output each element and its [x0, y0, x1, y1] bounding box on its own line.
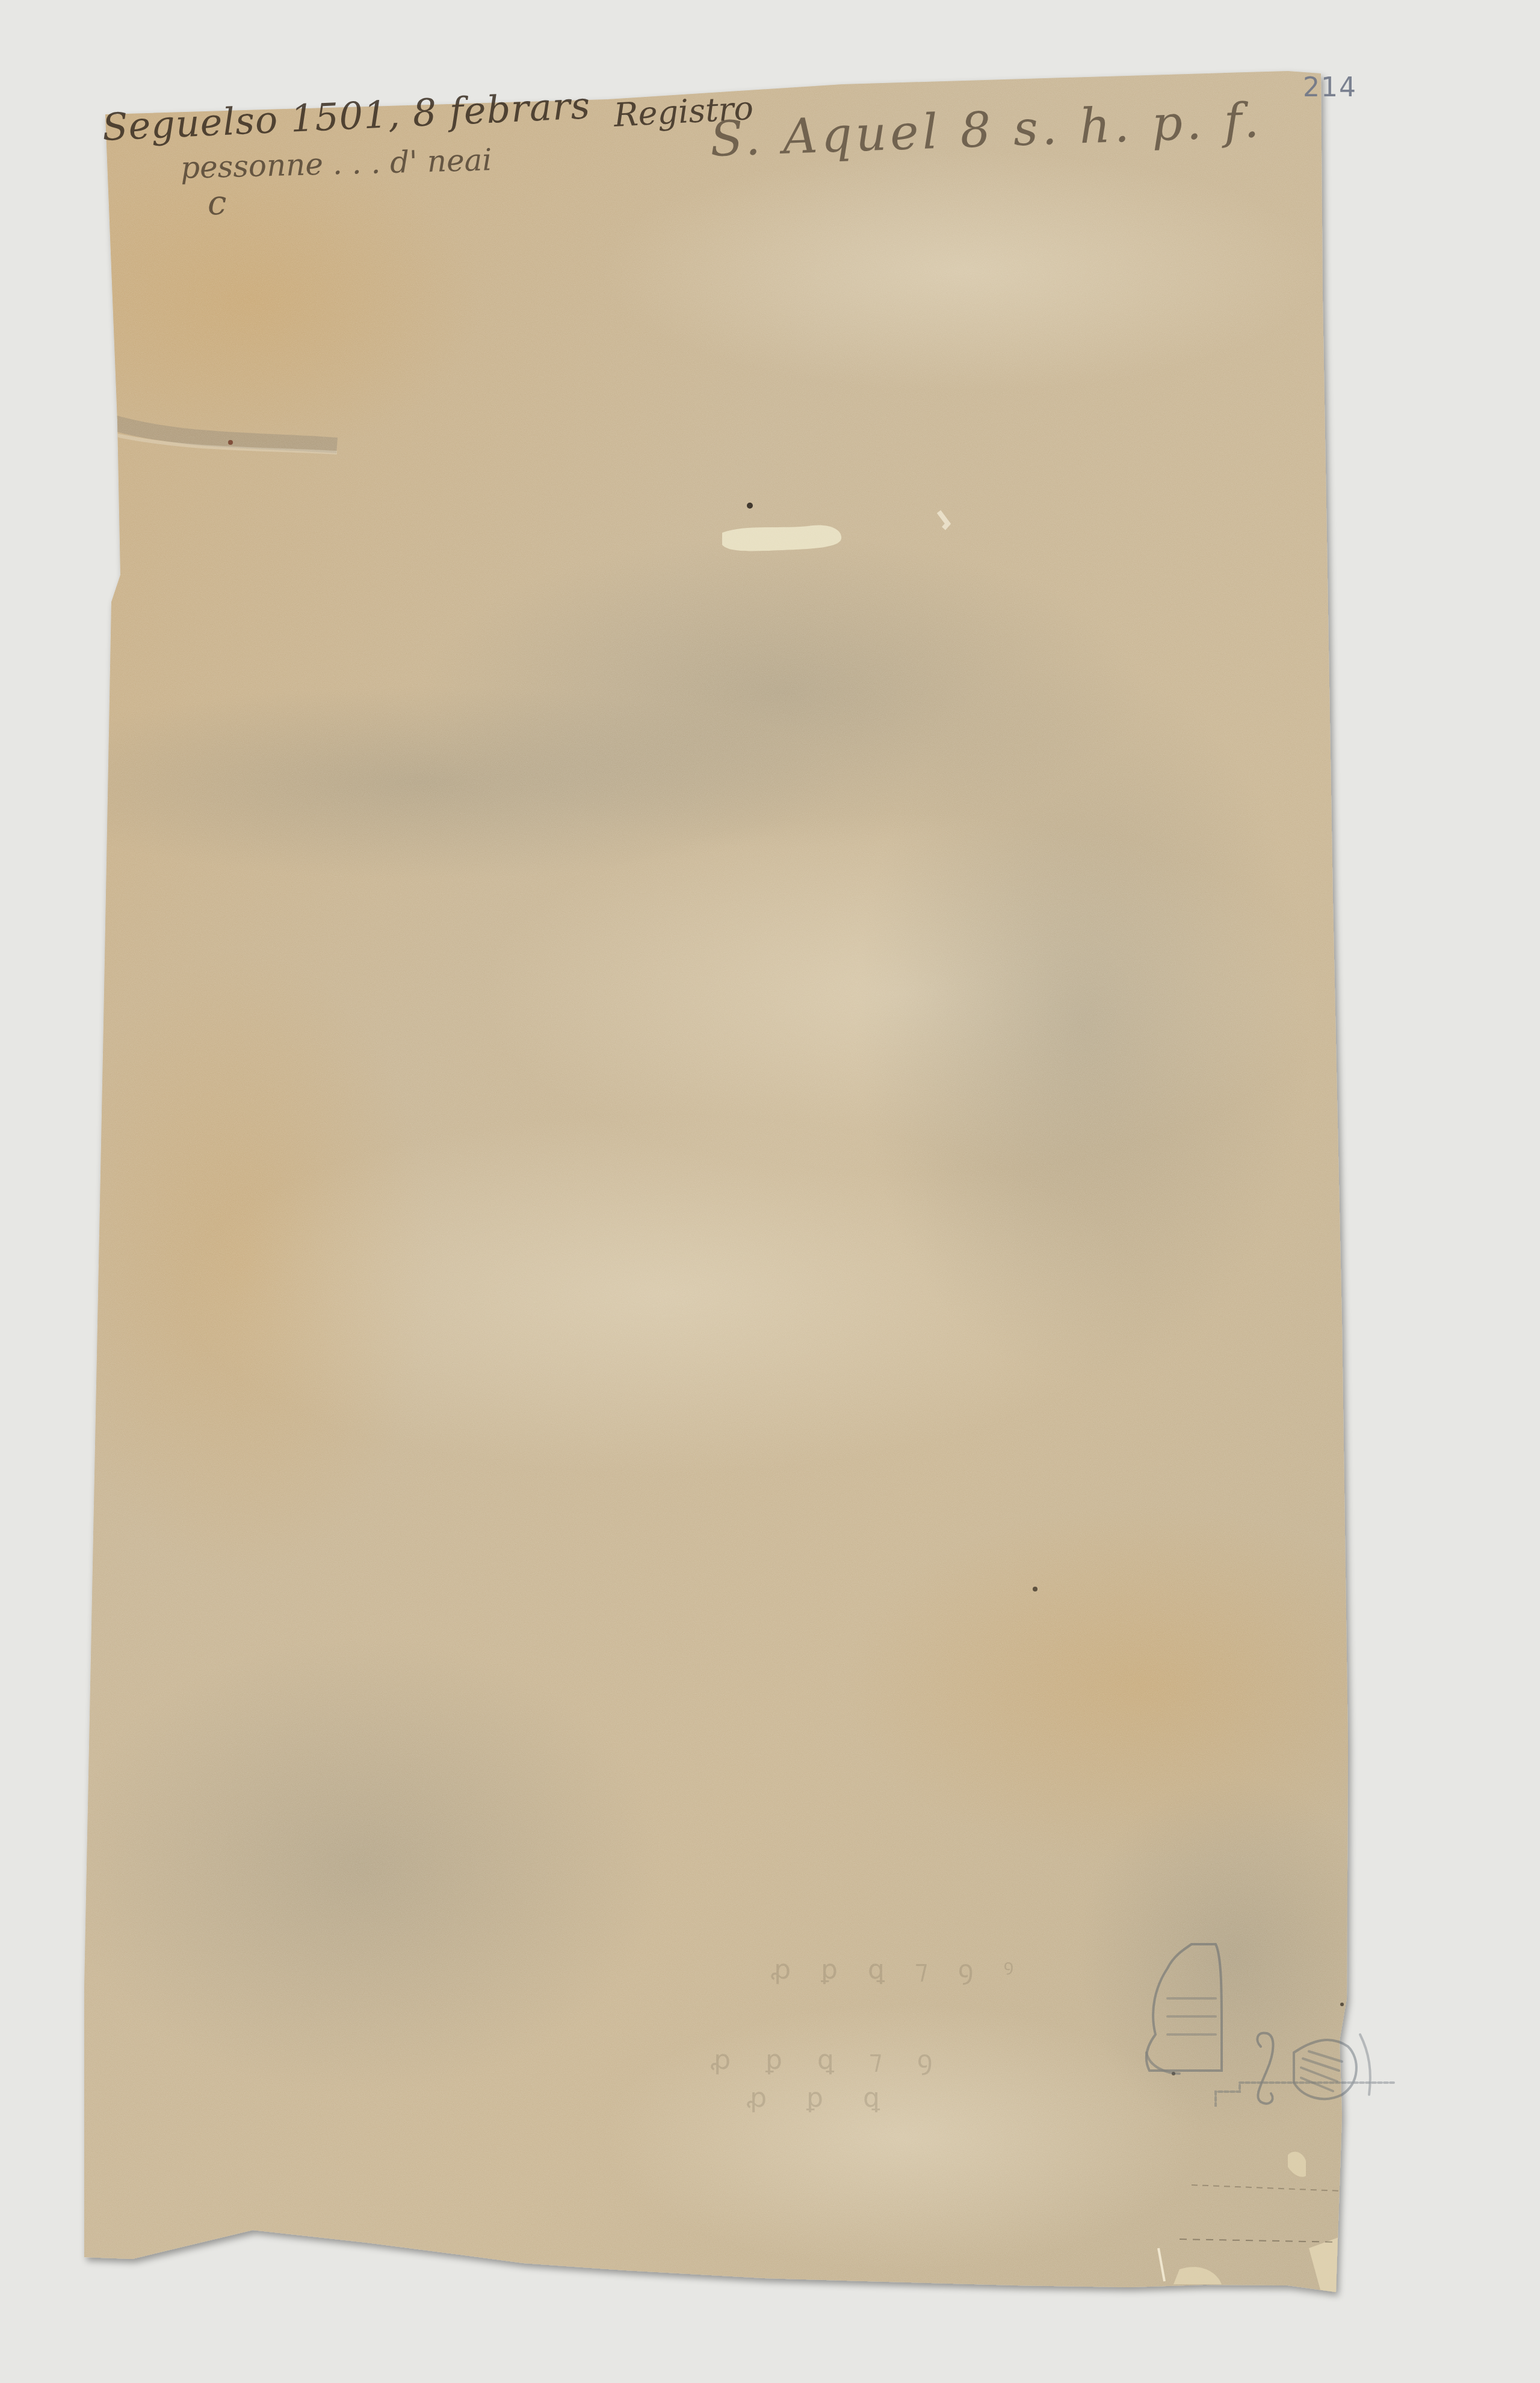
- bleed-through-line: ꝓ ꝑ ꝗ: [746, 2083, 895, 2113]
- notarial-sign-icon: [1131, 1854, 1396, 2107]
- annotation-third-line: c: [208, 184, 226, 223]
- bleed-through-line: ꝓ ꝑ ꝗ ⁊ ꝯ ꝰ: [770, 1950, 1024, 1986]
- bleed-through-line: ꝓ ꝑ ꝗ ⁊ ꝯ: [710, 2041, 946, 2077]
- folio-number: 214: [1303, 72, 1357, 103]
